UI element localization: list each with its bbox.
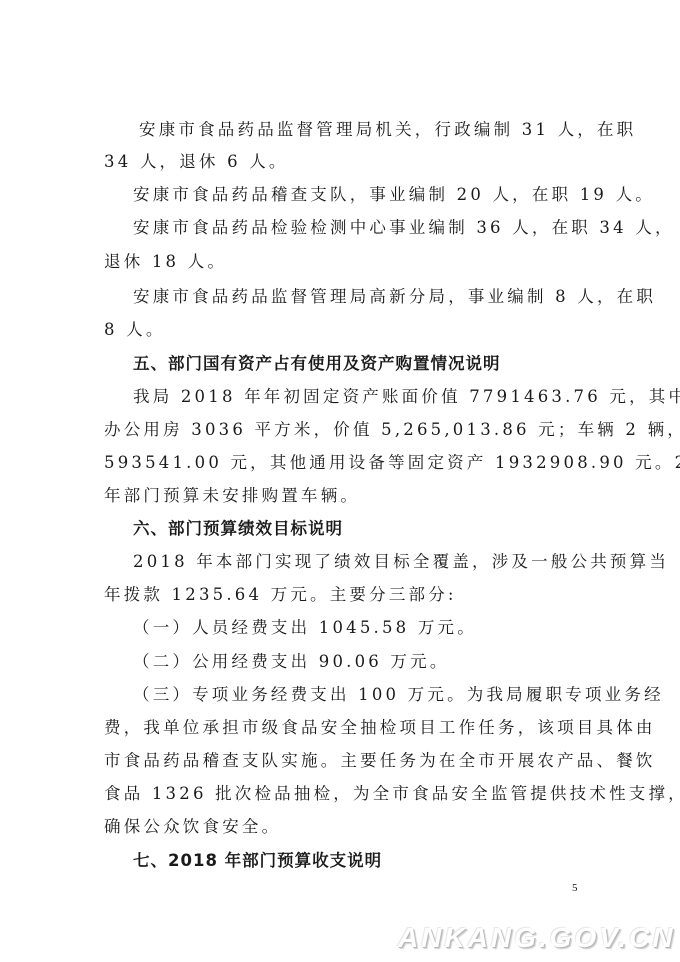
section5-line: 我局 2018 年年初固定资产账面价值 7791463.76 元，其中: <box>133 386 680 408</box>
section6-intro: 2018 年本部门实现了绩效目标全覆盖，涉及一般公共预算当 <box>133 551 669 573</box>
section5-line: 年部门预算未安排购置车辆。 <box>104 485 360 507</box>
section7-heading: 七、2018 年部门预算收支说明 <box>133 850 382 872</box>
staffing-4-line1: 安康市食品药品监督管理局高新分局，事业编制 8 人，在职 <box>133 286 656 308</box>
staffing-4-line2: 8 人。 <box>104 319 166 341</box>
section6-item-1: （一）人员经费支出 1045.58 万元。 <box>133 617 477 639</box>
document-page: 安康市食品药品监督管理局机关，行政编制 31 人，在职 34 人，退休 6 人。… <box>0 0 680 962</box>
staffing-3-line1: 安康市食品药品检验检测中心事业编制 36 人，在职 34 人， <box>133 217 675 239</box>
staffing-3-line2: 退休 18 人。 <box>104 251 227 273</box>
section5-heading: 五、部门国有资产占有使用及资产购置情况说明 <box>133 353 501 375</box>
section6-item-3: （三）专项业务经费支出 100 万元。为我局履职专项业务经 <box>133 684 664 706</box>
staffing-1-line1: 安康市食品药品监督管理局机关，行政编制 31 人，在职 <box>139 119 636 141</box>
section6-item-3: 市食品药品稽查支队实施。主要任务为在全市开展农产品、餐饮 <box>104 750 656 772</box>
section6-intro: 年拨款 1235.64 万元。主要分三部分: <box>104 584 457 606</box>
section5-line: 办公用房 3036 平方米，价值 5,265,013.86 元；车辆 2 辆，价… <box>104 419 680 441</box>
watermark-logo: ANKANG.GOV.CN <box>398 922 676 954</box>
staffing-2-line1: 安康市食品药品稽查支队，事业编制 20 人，在职 19 人。 <box>133 184 655 206</box>
section6-item-3: 确保公众饮食安全。 <box>104 816 281 838</box>
section6-item-3: 费，我单位承担市级食品安全抽检项目工作任务，该项目具体由 <box>104 717 656 739</box>
section6-item-3: 食品 1326 批次检品抽检，为全市食品安全监管提供技术性支撑， <box>104 783 680 805</box>
staffing-1-line2: 34 人，退休 6 人。 <box>104 151 289 173</box>
section6-item-2: （二）公用经费支出 90.06 万元。 <box>133 651 450 673</box>
page-number: 5 <box>572 882 578 894</box>
section5-line: 593541.00 元，其他通用设备等固定资产 1932908.90 元。201… <box>104 452 680 474</box>
section6-heading: 六、部门预算绩效目标说明 <box>133 518 343 540</box>
